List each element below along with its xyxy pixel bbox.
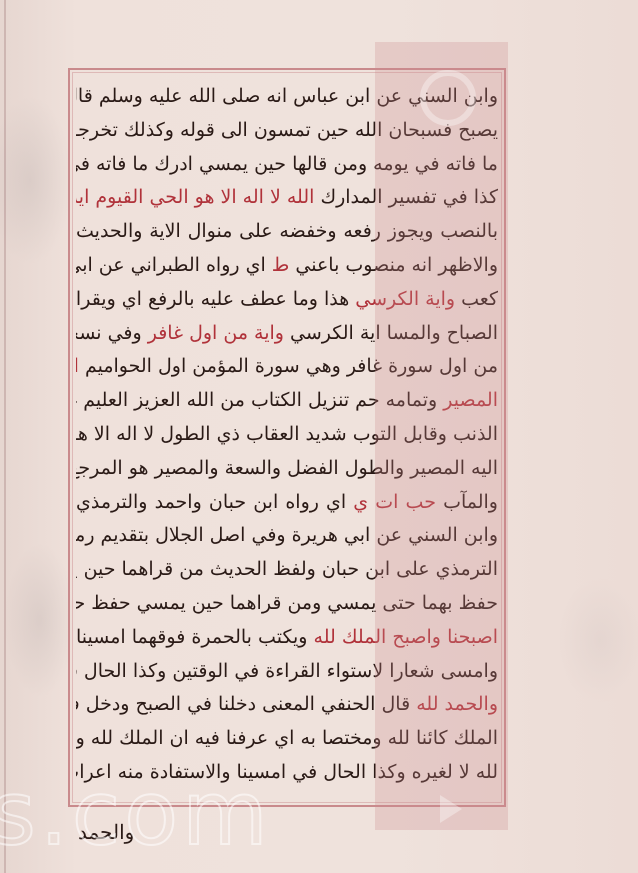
body-text: ويكتب بالحمرة فوقهما امسينا — [76, 626, 314, 648]
body-text: اي رواه الطبراني عن ابي بن — [76, 254, 272, 276]
body-text: هذا وما عطف عليه بالرفع اي ويقرا في — [76, 288, 355, 310]
rubric-text: واية من اول غافر — [148, 322, 284, 344]
rubric-text: ط — [272, 254, 290, 276]
watermark-play-icon — [440, 795, 462, 823]
watermark-overlay — [375, 42, 508, 830]
watermark-logo-circle-icon — [420, 70, 476, 126]
body-text: اي رواه ابن حبان واحمد والترمذي — [76, 491, 353, 513]
body-text: وفي نسخة صحيحة — [76, 322, 148, 344]
body-text: قال الحنفي المعنى دخلنا في الصبح ودخل في… — [76, 693, 416, 715]
rubric-text: الله لا اله الا هو الحي القيوم اية الكرس… — [76, 186, 314, 208]
watermark-text: s.com — [0, 770, 272, 858]
page-edge — [4, 0, 6, 873]
